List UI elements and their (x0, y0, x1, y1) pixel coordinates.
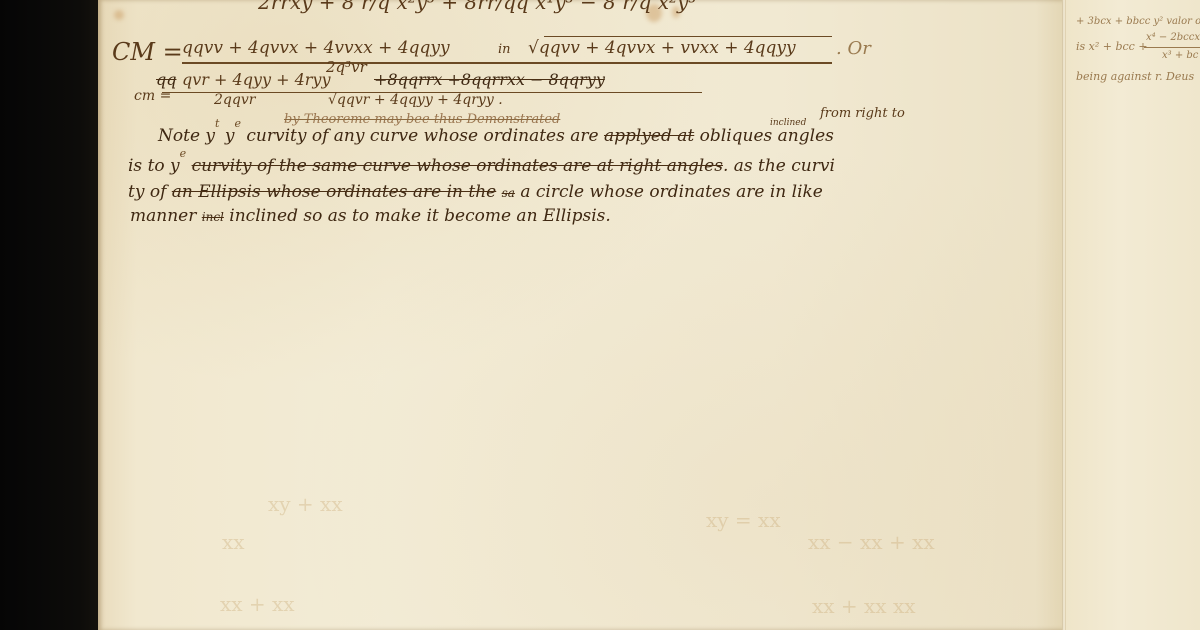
paragraph-line-4: manner incl inclined so as to make it be… (130, 206, 611, 226)
formula-cm2-lhs: cm = (134, 88, 171, 104)
formula-cm-radical: √qqvv + 4qvvx + vvxx + 4qqyy (528, 38, 796, 58)
line1-end: obliques angles (700, 126, 834, 146)
bleed-through-text: xx + xx (220, 592, 295, 616)
paragraph-line-2: is to ye curvity of the same curve whose… (128, 156, 835, 176)
line1-start: Note y (158, 126, 215, 146)
line2-start: is to y (128, 156, 180, 176)
paragraph-line-1: Note yt ye curvity of any curve whose or… (158, 126, 834, 146)
ink-stain (114, 10, 124, 20)
formula-cm-tail: . Or (836, 38, 871, 59)
formula-cm2-num1: qvr + 4qyy + 4ryy (182, 70, 331, 89)
formula-top-line: 2rrxy + 8 r/q x²y³ + 8rr/qq x¹y³ − 8 r/q… (258, 0, 696, 14)
bleed-through-text: xy = xx (706, 508, 781, 532)
line3-start: ty of (128, 182, 166, 202)
manuscript-page-left: 2rrxy + 8 r/q x²y³ + 8rr/qq x¹y³ − 8 r/q… (98, 0, 1064, 630)
next-page-line-3: being against r. Deus (1076, 70, 1194, 83)
formula-cm-numerator: qqvv + 4qvvx + 4vvxx + 4qqyy (182, 38, 450, 58)
bleed-through-text: xx + xx xx (812, 594, 916, 618)
line1-y: y (225, 126, 235, 146)
line2-end: . as the curvi (723, 156, 835, 176)
line4-struck: incl (202, 210, 224, 224)
manuscript-page-right: + 3bcx + bbcc y² valor of is x² + bcc + … (1066, 0, 1200, 630)
line3-end: a circle whose ordinates are in like (520, 182, 823, 202)
manuscript-viewer: 2rrxy + 8 r/q x²y³ + 8rr/qq x¹y³ − 8 r/q… (0, 0, 1200, 630)
superscript: t (215, 117, 219, 130)
formula-cm2-struck-prefix: qq (156, 70, 176, 89)
bleed-through-text: xx − xx + xx (808, 530, 935, 554)
insert-above-text: from right to (820, 106, 905, 121)
line3-struck: an Ellipsis whose ordinates are in the (172, 182, 496, 202)
fraction-bar (1144, 47, 1200, 48)
struck-header-text: by Theoreme may bee thus Demonstrated (284, 112, 560, 127)
line4-start: manner (130, 206, 196, 226)
formula-cm2-den-right: √qqvr + 4qqyy + 4qryy . (328, 92, 503, 108)
bleed-through-text: xx (222, 530, 245, 554)
line1-mid: curvity of any curve whose ordinates are (246, 126, 598, 146)
next-page-line-1: + 3bcx + bbcc y² valor of (1076, 16, 1200, 27)
line3-struck2: sa (502, 186, 515, 200)
dark-background-margin (0, 0, 100, 630)
superscript: e (234, 117, 241, 130)
formula-cm2-den-left: 2qqvr (214, 92, 255, 108)
formula-cm2-struck: +8qqrrx +8qqrrxx − 8qqryy (374, 70, 605, 89)
line1-struck: applyed at (604, 126, 694, 146)
next-page-fraction-num: x⁴ − 2bccx (1146, 32, 1200, 43)
next-page-line-2-prefix: is x² + bcc + (1076, 40, 1148, 53)
paragraph-line-3: ty of an Ellipsis whose ordinates are in… (128, 182, 823, 202)
formula-cm2-num2: 2q³vr (326, 58, 367, 76)
formula-cm-connector: in (498, 42, 511, 57)
radical-vinculum (544, 36, 832, 37)
line4-end: inclined so as to make it become an Elli… (229, 206, 611, 226)
superscript: e (180, 147, 187, 160)
formula-cm-lhs: CM = (112, 38, 183, 66)
bleed-through-text: xy + xx (268, 492, 343, 516)
next-page-fraction-den: x³ + bc (1162, 50, 1198, 61)
fraction-bar (182, 62, 832, 64)
line2-struck: curvity of the same curve whose ordinate… (192, 156, 723, 176)
